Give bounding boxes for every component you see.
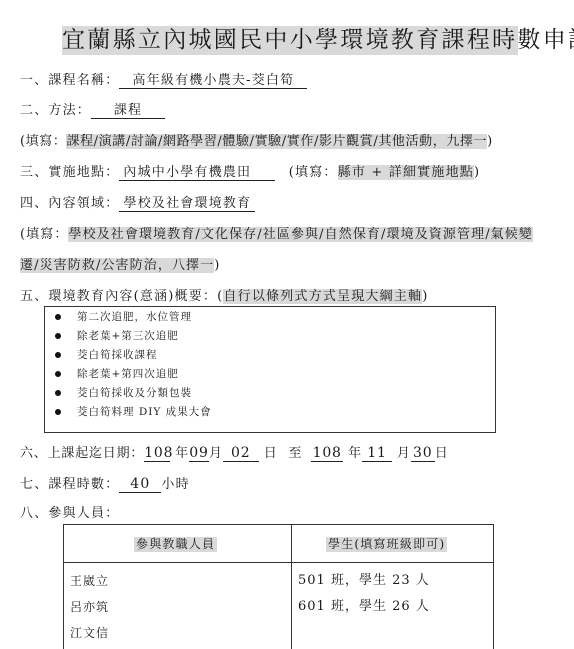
- summary-item-text: 除老葉+第三次追肥: [77, 331, 179, 342]
- staff-cell[interactable]: 江文信: [70, 627, 109, 639]
- summary-hint: 自行以條列式方式呈現大綱主軸: [223, 289, 422, 304]
- summary-item: 茭白筍採收及分類包裝: [55, 388, 192, 399]
- start-year-field[interactable]: 108: [144, 446, 170, 462]
- end-month-unit: 月: [397, 446, 411, 461]
- method-field[interactable]: 課程: [91, 104, 165, 119]
- location-hint-options: 縣市 + 詳細實施地點: [338, 165, 474, 180]
- domain-field[interactable]: 學校及社會環境教育: [119, 197, 255, 212]
- end-month-field[interactable]: 11: [362, 446, 392, 462]
- table-header-divider: [64, 562, 493, 563]
- course-name-label: 一、課程名稱：: [20, 73, 119, 88]
- location-hint-suffix: ): [474, 165, 480, 180]
- summary-item: 第二次追肥，水位管理: [55, 312, 192, 323]
- header-staff: 參與教職人員: [134, 537, 217, 552]
- start-day-field[interactable]: 02: [223, 446, 259, 462]
- course-name-field[interactable]: 高年級有機小農夫-茭白筍: [119, 74, 307, 89]
- method-row: 二、方法：課程: [20, 104, 165, 119]
- method-hint-prefix: (填寫：: [20, 134, 66, 149]
- summary-item-text: 除老葉+第四次追肥: [77, 369, 179, 380]
- location-row: 三、實施地點：內城中小學有機農田 (填寫：縣市 + 詳細實施地點): [20, 166, 480, 181]
- dates-row: 六、上課起迄日期：108 年09月02 日 至 108 年11 月30日: [20, 446, 449, 462]
- location-label: 三、實施地點：: [20, 165, 119, 180]
- summary-item-text: 茭白筍採收課程: [77, 350, 158, 361]
- domain-hint-options-2: 遷/災害防救/公害防治，八擇一: [20, 258, 214, 273]
- date-to-label: 至: [288, 446, 302, 461]
- end-year-unit: 年: [348, 446, 362, 461]
- method-hint-suffix: ): [487, 134, 493, 149]
- domain-hint-suffix: ): [214, 258, 220, 273]
- method-hint: (填寫：課程/演講/討論/網路學習/體驗/實驗/實作/影片觀賞/其他活動，九擇一…: [20, 135, 493, 148]
- student-cell[interactable]: 501 班，學生 23 人: [298, 574, 430, 587]
- method-label: 二、方法：: [20, 103, 91, 118]
- form-title: 宜蘭縣立內城國民中小學環境教育課程時數申請表: [62, 26, 518, 55]
- bullet-icon: [55, 371, 61, 377]
- summary-item: 茭白筍採收課程: [55, 350, 158, 361]
- summary-label: 五、環境教育內容(意涵)概要：(: [20, 289, 223, 304]
- start-day-unit: 日: [264, 446, 278, 461]
- hours-field[interactable]: 40: [119, 477, 161, 493]
- staff-cell[interactable]: 呂亦筑: [70, 601, 109, 613]
- summary-item-text: 茭白筍料理 DIY 成果大會: [77, 407, 212, 418]
- location-field[interactable]: 內城中小學有機農田: [119, 166, 275, 181]
- end-day-unit: 日: [435, 446, 449, 461]
- domain-hint-prefix: (填寫：: [20, 227, 68, 242]
- summary-item: 茭白筍料理 DIY 成果大會: [55, 407, 212, 418]
- staff-cell[interactable]: 王崴立: [70, 575, 109, 587]
- location-hint-prefix: (填寫：: [289, 165, 338, 180]
- dates-label: 六、上課起迄日期：: [20, 446, 144, 461]
- bullet-icon: [55, 333, 61, 339]
- bullet-icon: [55, 390, 61, 396]
- domain-hint-options-1: 學校及社會環境教育/文化保存/社區參與/自然保育/環境及資源管理/氣候變: [68, 227, 533, 242]
- summary-box[interactable]: 第二次追肥，水位管理 除老葉+第三次追肥 茭白筍採收課程 除老葉+第四次追肥 茭…: [44, 306, 496, 433]
- participants-table: 參與教職人員 學生(填寫班級即可) 王崴立 呂亦筑 江文信 501 班，學生 2…: [63, 524, 494, 649]
- start-year-unit: 年: [175, 446, 189, 461]
- table-column-divider: [291, 525, 292, 649]
- start-month-field[interactable]: 09: [189, 446, 209, 462]
- header-students: 學生(填寫班級即可): [326, 537, 447, 552]
- end-day-field[interactable]: 30: [411, 446, 435, 462]
- domain-hint-line2: 遷/災害防救/公害防治，八擇一): [20, 259, 220, 272]
- domain-row: 四、內容領域：學校及社會環境教育: [20, 197, 255, 212]
- participants-row: 八、參與人員：: [20, 507, 119, 520]
- domain-label: 四、內容領域：: [20, 196, 119, 211]
- hours-unit: 小時: [161, 477, 189, 492]
- hours-row: 七、課程時數：40小時: [20, 477, 190, 493]
- hours-label: 七、課程時數：: [20, 477, 119, 492]
- summary-row: 五、環境教育內容(意涵)概要：(自行以條列式方式呈現大綱主軸): [20, 290, 429, 303]
- course-name-row: 一、課程名稱：高年級有機小農夫-茭白筍: [20, 74, 307, 89]
- bullet-icon: [55, 352, 61, 358]
- summary-item-text: 茭白筍採收及分類包裝: [77, 388, 192, 399]
- end-year-field[interactable]: 108: [311, 446, 343, 462]
- bullet-icon: [55, 314, 61, 320]
- summary-item: 除老葉+第三次追肥: [55, 331, 179, 342]
- summary-item-text: 第二次追肥，水位管理: [77, 312, 192, 323]
- student-cell[interactable]: 601 班，學生 26 人: [298, 600, 430, 613]
- start-month-unit: 月: [209, 446, 223, 461]
- bullet-icon: [55, 409, 61, 415]
- summary-hint-suffix: ): [422, 289, 428, 304]
- domain-hint-line1: (填寫：學校及社會環境教育/文化保存/社區參與/自然保育/環境及資源管理/氣候變: [20, 228, 533, 241]
- summary-item: 除老葉+第四次追肥: [55, 369, 179, 380]
- participants-label: 八、參與人員：: [20, 506, 119, 521]
- method-hint-options: 課程/演講/討論/網路學習/體驗/實驗/實作/影片觀賞/其他活動，九擇一: [66, 134, 487, 149]
